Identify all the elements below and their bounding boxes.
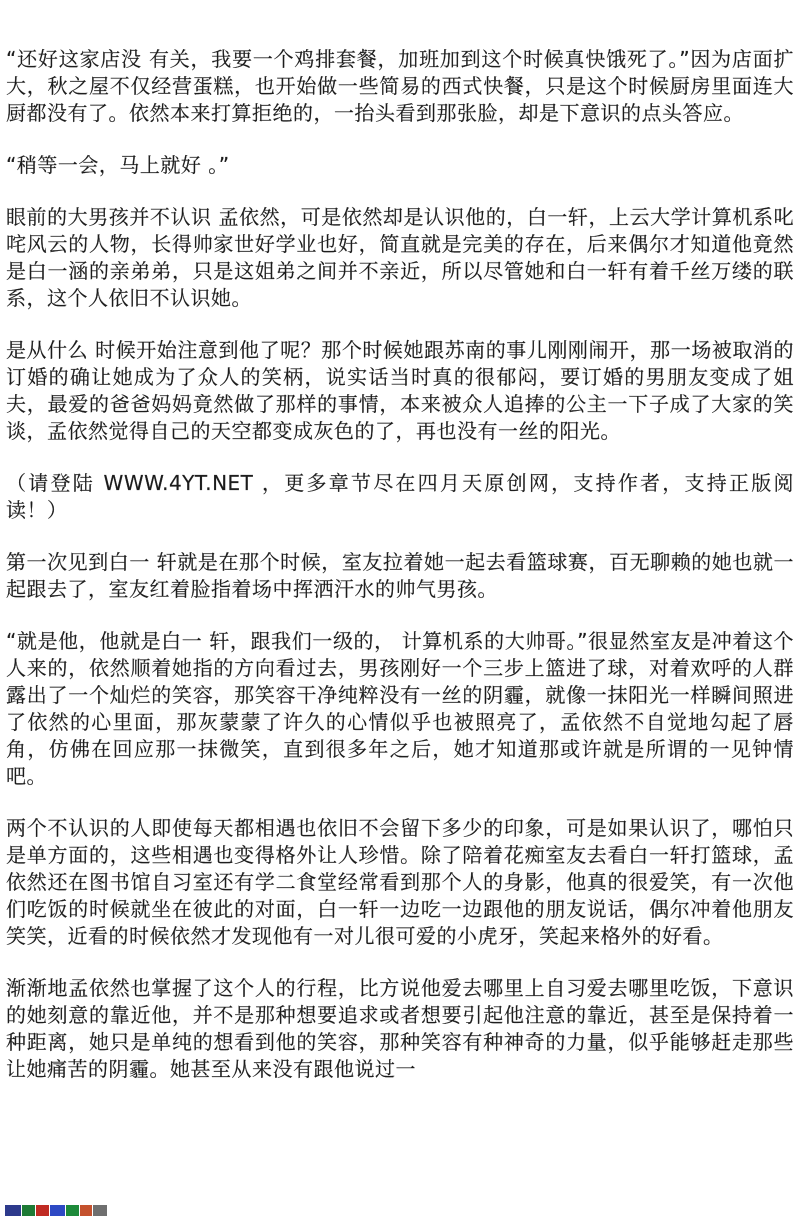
watermark-strip-segment [36,1205,49,1216]
watermark-strip-segment [66,1205,79,1216]
watermark-strip-segment [5,1205,21,1216]
novel-page: “还好这家店没 有关，我要一个鸡排套餐，加班加到这个时候真快饿死了。”因为店面扩… [0,0,800,1220]
paragraph: 是从什么 时候开始注意到他了呢？那个时候她跟苏南的事儿刚刚闹开，那一场被取消的订… [6,337,794,445]
watermark-strip-segment [50,1205,65,1216]
watermark-strip [5,1205,107,1216]
paragraph: 眼前的大男孩并不认识 孟依然，可是依然却是认识他的，白一轩，上云大学计算机系叱咤… [6,204,794,312]
paragraph: 两个不认识的人即使每天都相遇也依旧不会留下多少的印象，可是如果认识了，哪怕只是单… [6,815,794,950]
watermark-strip-segment [80,1205,92,1216]
paragraph-site-notice: （请登陆 WWW.4YT.NET ，更多章节尽在四月天原创网，支持作者，支持正版… [6,470,794,524]
paragraph: “还好这家店没 有关，我要一个鸡排套餐，加班加到这个时候真快饿死了。”因为店面扩… [6,46,794,127]
watermark-strip-segment [93,1205,107,1216]
paragraph: “就是他，他就是白一 轩，跟我们一级的， 计算机系的大帅哥。”很显然室友是冲着这… [6,628,794,790]
paragraph: 第一次见到白一 轩就是在那个时候，室友拉着她一起去看篮球赛，百无聊赖的她也就一起… [6,549,794,603]
paragraph: 渐渐地孟依然也掌握了这个人的行程，比方说他爱去哪里上自习爱去哪里吃饭，下意识的她… [6,975,794,1083]
paragraph: “稍等一会，马上就好 。” [6,152,794,179]
watermark-strip-segment [22,1205,35,1216]
